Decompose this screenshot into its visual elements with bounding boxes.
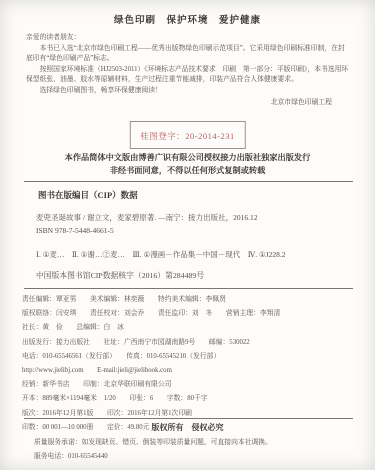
book-copyright-page: 绿色印刷 保护环境 爱护健康 亲爱的读者朋友： 本书已入选“北京市绿色印刷工程—… (0, 0, 375, 470)
letter-signature: 北京市绿色印刷工程 (26, 98, 350, 109)
colophon-row-editors: 责任编辑：覃亚男 美术编辑：林奕薇 特约美术编辑：李佩贤 (22, 293, 358, 307)
colophon-block: 责任编辑：覃亚男 美术编辑：林奕薇 特约美术编辑：李佩贤 版权联络：闫安琪 责任… (22, 293, 358, 435)
registration-stamp-box: 桂图登字：20-2014-231 (129, 121, 245, 149)
colophon-row-distribution: 经销：新华书店 印制：北京华联印刷有限公司 (22, 378, 358, 392)
license-line-1: 本作品简体中文版由博善广识有限公司授权接力出版社独家出版发行 (0, 151, 375, 164)
colophon-row-web-email: http://www.jielibj.com E-mail:jieli@jiel… (22, 364, 358, 378)
registration-stamp-text: 桂图登字：20-2014-231 (140, 131, 234, 141)
green-printing-slogan: 绿色印刷 保护环境 爱护健康 (0, 12, 375, 26)
letter-paragraph-3: 选择绿色印刷图书，畅享环保健康阅读！ (26, 86, 350, 97)
cip-registry-number: 中国版本图书馆CIP数据核字（2016）第284489号 (36, 270, 204, 281)
cip-title: 图书在版编目（CIP）数据 (38, 189, 138, 201)
divider-bottom (24, 418, 353, 419)
colophon-row-rights: 版权联络：闫安琪 责任校对：刘会乔 责任监印：刘 冬 营销主理：李翔清 (22, 307, 358, 321)
cip-isbn: ISBN 978-7-5448-4661-5 (36, 226, 114, 235)
cip-book-line: 麦兜圣诞故事 / 谢立文，麦家碧原著. —南宁：接力出版社，2016.12 (36, 212, 257, 223)
letter-salutation: 亲爱的读者朋友： (26, 33, 350, 44)
colophon-row-publisher: 出版发行：接力出版社 社址：广西南宁市园湖南路9号 邮编：530022 (22, 336, 358, 350)
cip-classification: Ⅰ. ①麦… Ⅱ. ①谢…②麦… Ⅲ. ①漫画－作品集－中国－现代 Ⅳ. ①J2… (36, 249, 285, 260)
colophon-row-phone-fax: 电话：010-65546561（发行部） 传真：010-65545210（发行部… (22, 350, 358, 364)
copyright-notice: 版权所有 侵权必究 (0, 422, 375, 433)
divider-middle (24, 288, 353, 289)
colophon-row-format: 开本：889毫米×1194毫米 1/20 印张：6 字数：80千字 (22, 392, 358, 406)
letter-paragraph-2: 按照国家环境标准（HJ2503-2011）《环境标志产品技术要求 印刷 第一部分… (26, 65, 350, 86)
license-statement: 本作品简体中文版由博善广识有限公司授权接力出版社独家出版发行 非经书面同意，不得… (0, 151, 375, 177)
quality-promise: 质量服务承诺：如发现缺页、错页、倒装等印装质量问题，可直接向本社调换。 (34, 436, 354, 446)
reader-letter: 亲爱的读者朋友： 本书已入选“北京市绿色印刷工程——优秀出版物绿色印刷示范项目”… (26, 33, 350, 109)
colophon-row-directors: 社长：黄 俭 总编辑：白 冰 (22, 321, 358, 335)
service-phone: 服务电话：010-65545440 (34, 450, 108, 460)
license-line-2: 非经书面同意，不得以任何形式复制或转载 (0, 164, 375, 177)
divider-top (24, 181, 353, 182)
letter-paragraph-1: 本书已入选“北京市绿色印刷工程——优秀出版物绿色印刷示范项目”。它采用绿色印刷标… (26, 44, 350, 65)
